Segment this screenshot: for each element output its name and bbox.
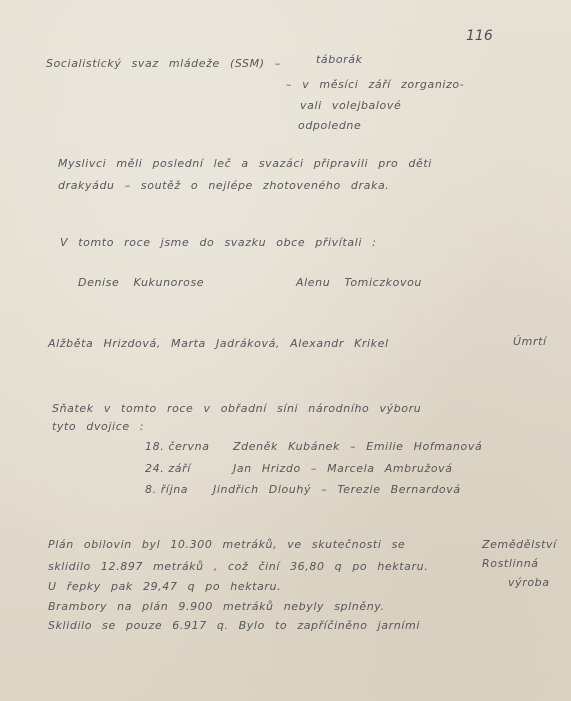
ssm-item-volleyball-3: odpoledne — [298, 119, 361, 132]
marriage-date: 24. září — [145, 462, 191, 475]
agriculture-line-2: sklidilo 12.897 metráků , což činí 36,80… — [48, 560, 428, 573]
birth-name-2: Alenu Tomiczkovou — [296, 276, 422, 289]
births-intro: V tomto roce jsme do svazku obce přivíta… — [60, 236, 376, 249]
chronicle-page: 116 Socialistický svaz mládeže (SSM) – t… — [0, 0, 571, 701]
marriage-couple: Jan Hrizdo – Marcela Ambružová — [233, 462, 453, 475]
agriculture-line-1: Plán obilovin byl 10.300 metráků, ve sku… — [48, 538, 405, 551]
agriculture-line-4: Brambory na plán 9.900 metráků nebyly sp… — [48, 600, 385, 613]
marriage-couple: Zdeněk Kubánek – Emilie Hofmanová — [233, 440, 482, 453]
birth-name-1: Denise Kukunorose — [78, 276, 204, 289]
marriages-line-1: Sňatek v tomto roce v obřadní síni národ… — [52, 402, 421, 415]
deaths-names: Alžběta Hrizdová, Marta Jadráková, Alexa… — [48, 337, 389, 350]
agriculture-line-5: Sklidilo se pouze 6.917 q. Bylo to zapří… — [48, 619, 420, 632]
hunters-line-2: drakyádu – soutěž o nejlépe zhotoveného … — [58, 179, 389, 192]
hunters-line-1: Myslivci měli poslední leč a svazáci při… — [58, 157, 432, 170]
margin-note-production: výroba — [508, 576, 550, 589]
page-number: 116 — [466, 28, 493, 44]
marriage-date: 18. června — [145, 440, 210, 453]
marriage-couple: Jindřich Dlouhý – Terezie Bernardová — [213, 483, 461, 496]
ssm-heading: Socialistický svaz mládeže (SSM) – — [46, 57, 281, 70]
marriages-line-2: tyto dvojice : — [52, 420, 144, 433]
ssm-item-camp: táborák — [316, 53, 363, 66]
margin-note-crop: Rostlinná — [482, 557, 539, 570]
margin-note-agriculture: Zemědělství — [482, 538, 557, 551]
deaths-label: Úmrtí — [513, 335, 547, 348]
ssm-item-volleyball-2: vali volejbalové — [300, 99, 401, 112]
agriculture-line-3: U řepky pak 29,47 q po hektaru. — [48, 580, 281, 593]
marriage-date: 8. října — [145, 483, 188, 496]
ssm-item-volleyball-1: – v měsíci září zorganizo- — [286, 78, 464, 91]
